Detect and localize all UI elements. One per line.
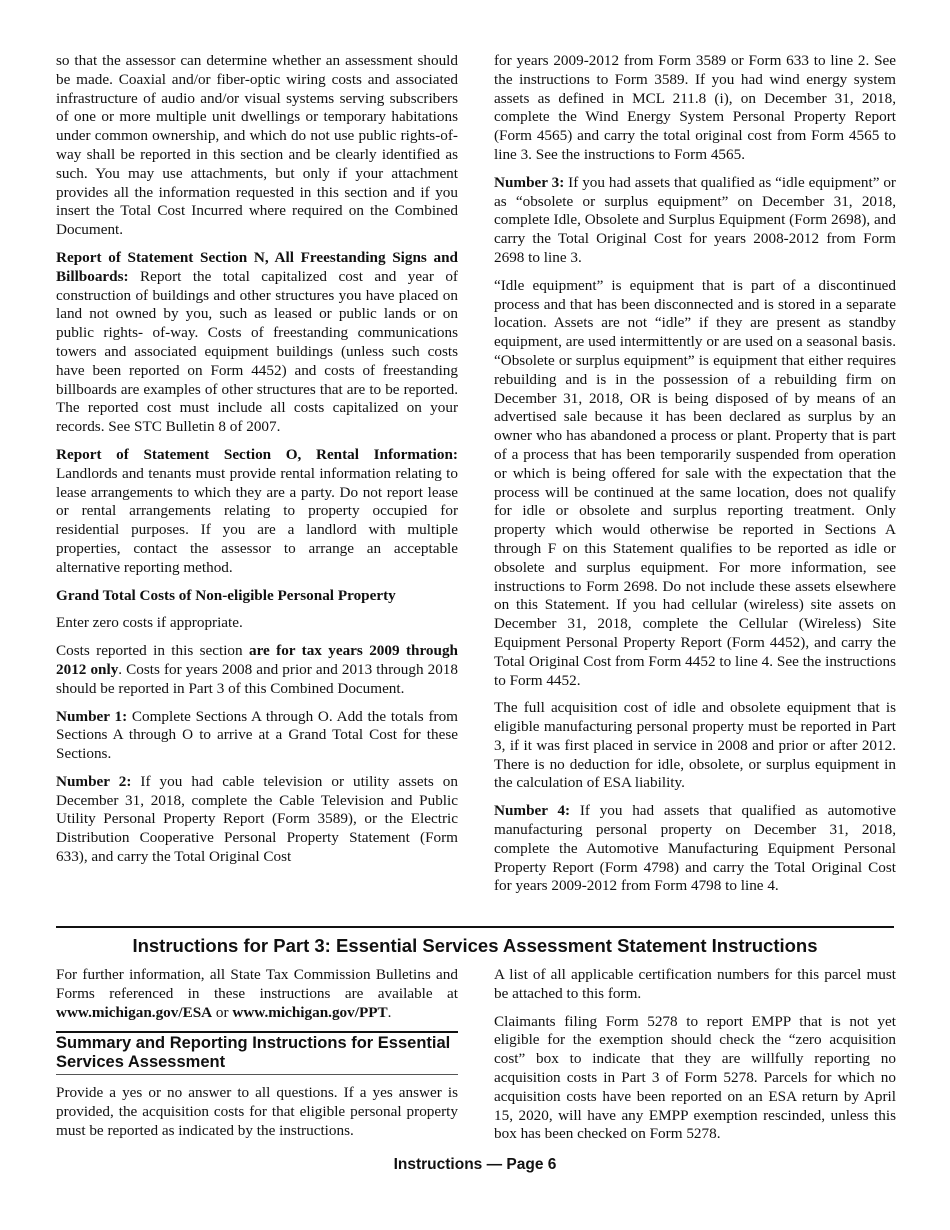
further-info-text: For further information, all State Tax C… bbox=[56, 966, 458, 1002]
esa-link[interactable]: www.michigan.gov/ESA bbox=[56, 1004, 212, 1021]
summary-heading: Summary and Reporting Instructions for E… bbox=[56, 1031, 458, 1075]
page-footer: Instructions — Page 6 bbox=[0, 1156, 950, 1174]
certification-list-paragraph: A list of all applicable certification n… bbox=[494, 966, 896, 1004]
costs-reported-paragraph: Costs reported in this section are for t… bbox=[56, 642, 458, 698]
full-acquisition-cost-paragraph: The full acquisition cost of idle and ob… bbox=[494, 699, 896, 793]
ppt-link[interactable]: www.michigan.gov/PPT bbox=[232, 1004, 387, 1021]
number-4-paragraph: Number 4: If you had assets that qualifi… bbox=[494, 802, 896, 896]
yes-no-paragraph: Provide a yes or no answer to all questi… bbox=[56, 1084, 458, 1140]
right-column-bottom: A list of all applicable certification n… bbox=[494, 966, 896, 1153]
right-column-top: for years 2009-2012 from Form 3589 or Fo… bbox=[494, 52, 896, 905]
number-2-label: Number 2: bbox=[56, 773, 131, 790]
number-1-paragraph: Number 1: Complete Sections A through O.… bbox=[56, 708, 458, 764]
coaxial-paragraph: so that the assessor can determine wheth… bbox=[56, 52, 458, 240]
section-n-body: Report the total capitalized cost and ye… bbox=[56, 268, 458, 435]
section-o-heading: Report of Statement Section O, Rental In… bbox=[56, 446, 458, 463]
number-1-label: Number 1: bbox=[56, 708, 127, 725]
number-3-label: Number 3: bbox=[494, 174, 564, 191]
zero-costs-note: Enter zero costs if appropriate. bbox=[56, 614, 458, 633]
number-3-paragraph: Number 3: If you had assets that qualifi… bbox=[494, 174, 896, 268]
number-2-paragraph: Number 2: If you had cable television or… bbox=[56, 773, 458, 867]
left-column-top: so that the assessor can determine wheth… bbox=[56, 52, 458, 876]
further-info-paragraph: For further information, all State Tax C… bbox=[56, 966, 458, 1022]
section-divider bbox=[56, 926, 894, 928]
section-o-body: Landlords and tenants must provide renta… bbox=[56, 465, 458, 576]
number-4-label: Number 4: bbox=[494, 802, 570, 819]
grand-total-heading: Grand Total Costs of Non-eligible Person… bbox=[56, 587, 458, 606]
number-2-continued: for years 2009-2012 from Form 3589 or Fo… bbox=[494, 52, 896, 165]
part3-title: Instructions for Part 3: Essential Servi… bbox=[56, 934, 894, 958]
period: . bbox=[388, 1004, 392, 1021]
left-column-bottom: For further information, all State Tax C… bbox=[56, 966, 458, 1150]
idle-equipment-definition: “Idle equipment” is equipment that is pa… bbox=[494, 277, 896, 691]
claimants-paragraph: Claimants filing Form 5278 to report EMP… bbox=[494, 1013, 896, 1145]
or-text: or bbox=[212, 1004, 232, 1021]
section-n-paragraph: Report of Statement Section N, All Frees… bbox=[56, 249, 458, 437]
costs-pre: Costs reported in this section bbox=[56, 642, 249, 659]
section-o-paragraph: Report of Statement Section O, Rental In… bbox=[56, 446, 458, 578]
